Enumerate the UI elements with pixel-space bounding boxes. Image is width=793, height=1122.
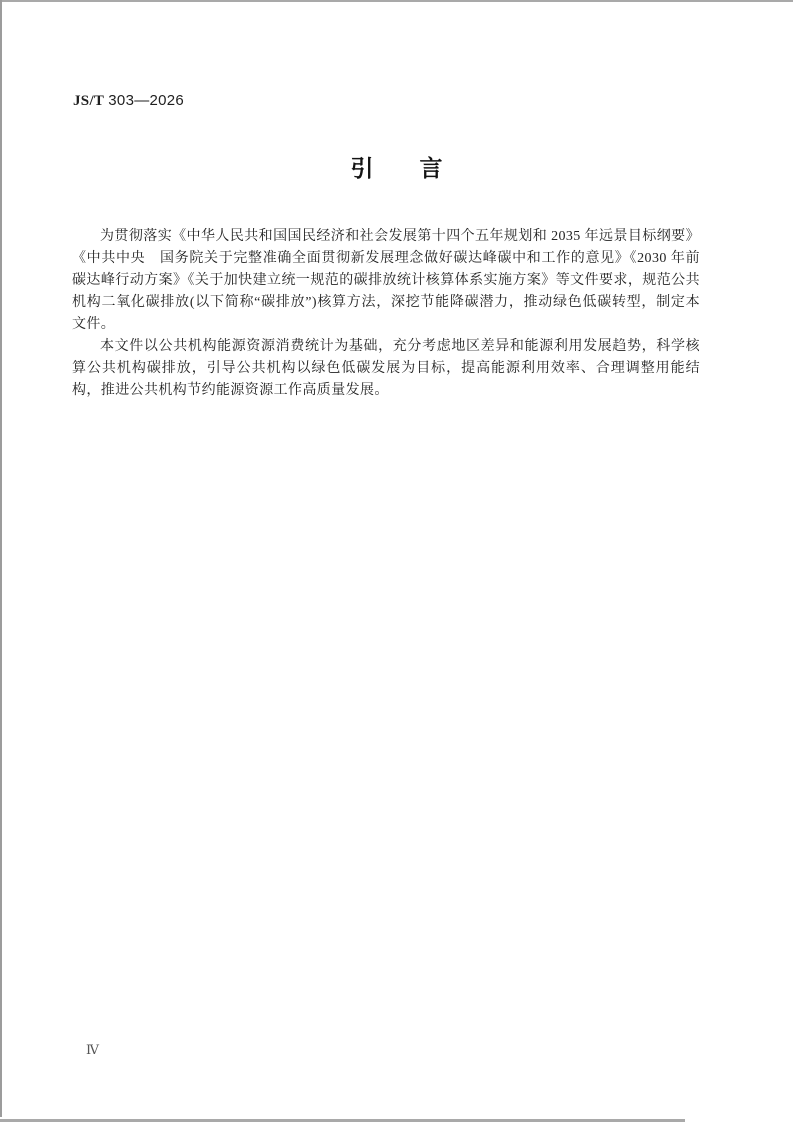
page-title: 引 言 <box>0 150 793 183</box>
standard-code: JS/T 303—2026 <box>73 92 184 110</box>
introduction-paragraph-1: 为贯彻落实《中华人民共和国国民经济和社会发展第十四个五年规划和 2035 年远景… <box>72 226 700 336</box>
standard-code-prefix: JS/T <box>73 93 104 109</box>
page-number: Ⅳ <box>86 1042 99 1058</box>
document-page: JS/T 303—2026 引 言 为贯彻落实《中华人民共和国国民经济和社会发展… <box>0 0 793 1122</box>
standard-code-number: 303—2026 <box>108 92 184 109</box>
scan-edge-top <box>0 0 793 2</box>
introduction-body: 为贯彻落实《中华人民共和国国民经济和社会发展第十四个五年规划和 2035 年远景… <box>72 226 700 402</box>
introduction-paragraph-2: 本文件以公共机构能源资源消费统计为基础，充分考虑地区差异和能源利用发展趋势，科学… <box>72 336 700 402</box>
